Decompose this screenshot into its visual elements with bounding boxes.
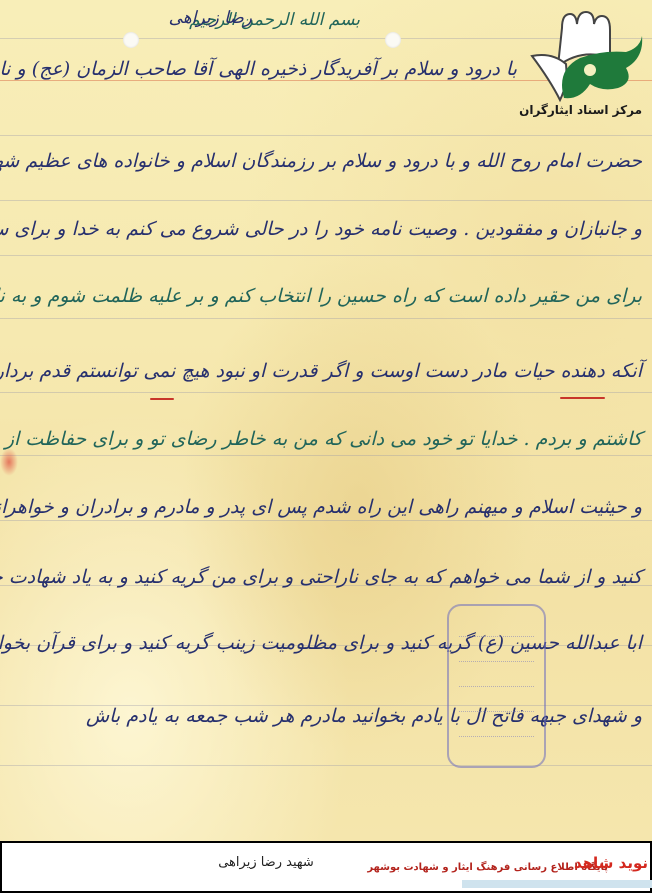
author-name: رضا زیراهی xyxy=(169,8,252,28)
letter-image: بسم الله الرحمن الرحیم رضا زیراهی با درو… xyxy=(0,0,652,841)
letter-line: و حیثیت اسلام و میهنم راهی این راه شدم پ… xyxy=(0,496,642,518)
hand-dove-icon xyxy=(522,8,646,108)
brand-strip xyxy=(462,880,652,888)
brand-tagline: پایگاه اطلاع رسانی فرهنگ ایثار و شهادت ب… xyxy=(367,862,608,873)
letter-line: حضرت امام روح الله و با درود و سلام بر ر… xyxy=(0,150,642,172)
hand-dove-logo: مرکز اسناد ایثارگران xyxy=(522,8,646,120)
letter-line: و جانبازان و مفقودین . وصیت نامه خود را … xyxy=(0,218,642,240)
letter-line: برای من حقیر داده است که راه حسین را انت… xyxy=(0,285,642,307)
letter-line: کاشتم و بردم . خدایا تو خود می دانی که م… xyxy=(0,428,642,450)
red-underline xyxy=(150,398,174,400)
letter-line: کنید و از شما می خواهم که به جای ناراحتی… xyxy=(0,566,642,588)
punch-hole-left xyxy=(123,32,139,48)
official-stamp xyxy=(447,604,546,768)
letter-line: با درود و سلام بر آفریدگار ذخیره الهی آق… xyxy=(0,58,517,80)
logo-caption: مرکز اسناد ایثارگران xyxy=(519,103,642,117)
letter-line: و شهدای جبهه فاتح ال با یادم بخوانید ماد… xyxy=(86,705,642,727)
brand-logo-mark: نوید شاهد xyxy=(574,854,648,872)
brand-badge[interactable]: پایگاه اطلاع رسانی فرهنگ ایثار و شهادت ب… xyxy=(452,858,652,888)
letter-line: آنکه دهنده حیات مادر دست اوست و اگر قدرت… xyxy=(0,360,642,382)
red-underline xyxy=(560,397,605,399)
red-ink-smudge xyxy=(0,448,18,476)
punch-hole-right xyxy=(385,32,401,48)
